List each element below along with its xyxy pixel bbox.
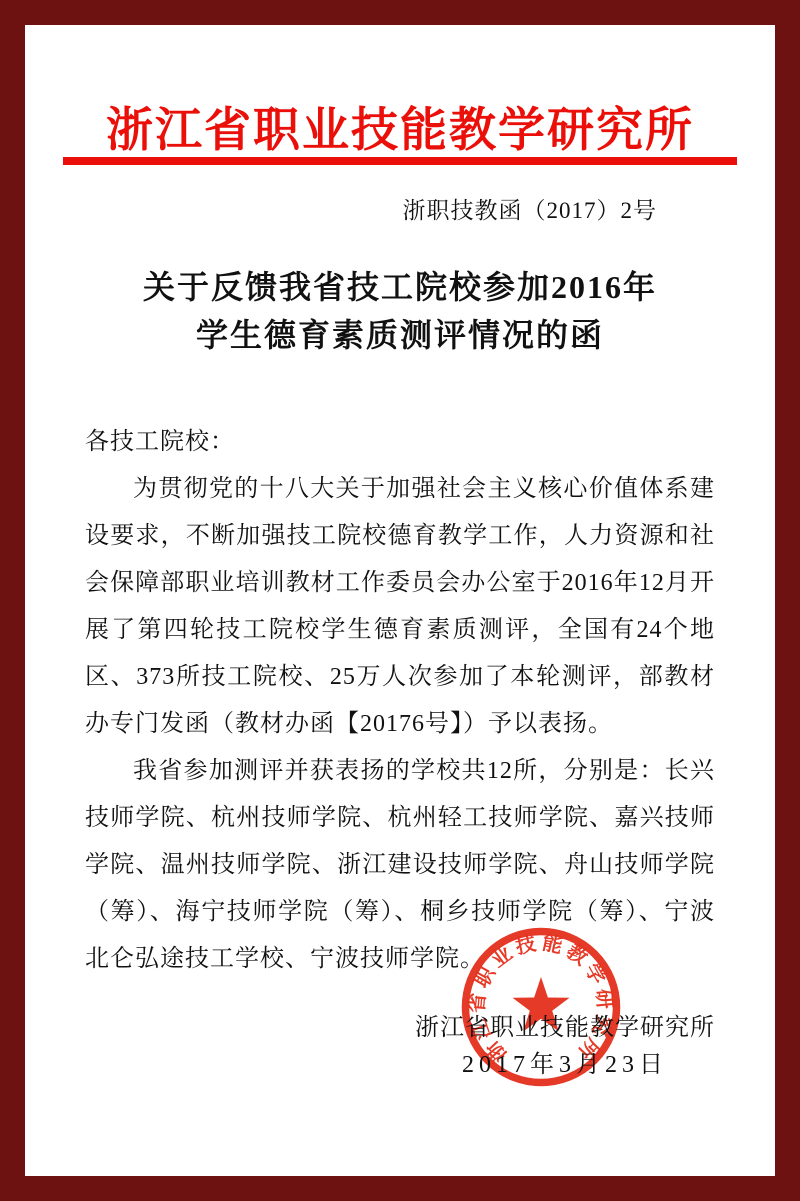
letterhead-org-name: 浙江省职业技能教学研究所 [25, 93, 775, 160]
salutation: 各技工院校： [85, 419, 715, 466]
signature-date: 2017年3月23日 [415, 1045, 715, 1085]
official-letter-document: { "colors": { "frame_maroon": "#6e1111",… [0, 0, 800, 1201]
document-title-line1: 关于反馈我省技工院校参加2016年 [25, 263, 775, 311]
signature-block: 浙江省职业技能教学研究所 2017年3月23日 [415, 1011, 715, 1085]
letter-page: 浙江省职业技能教学研究所 浙职技教函（2017）2号 关于反馈我省技工院校参加2… [25, 25, 775, 1176]
document-title-line2: 学生德育素质测评情况的函 [25, 311, 775, 359]
letterhead-divider-line [63, 157, 737, 165]
letter-body: 各技工院校： 为贯彻党的十八大关于加强社会主义核心价值体系建设要求，不断加强技工… [85, 419, 715, 983]
signature-org-name: 浙江省职业技能教学研究所 [415, 1011, 715, 1045]
document-title: 关于反馈我省技工院校参加2016年 学生德育素质测评情况的函 [25, 263, 775, 359]
document-number: 浙职技教函（2017）2号 [403, 192, 658, 225]
body-paragraph-1: 为贯彻党的十八大关于加强社会主义核心价值体系建设要求，不断加强技工院校德育教学工… [85, 466, 715, 748]
